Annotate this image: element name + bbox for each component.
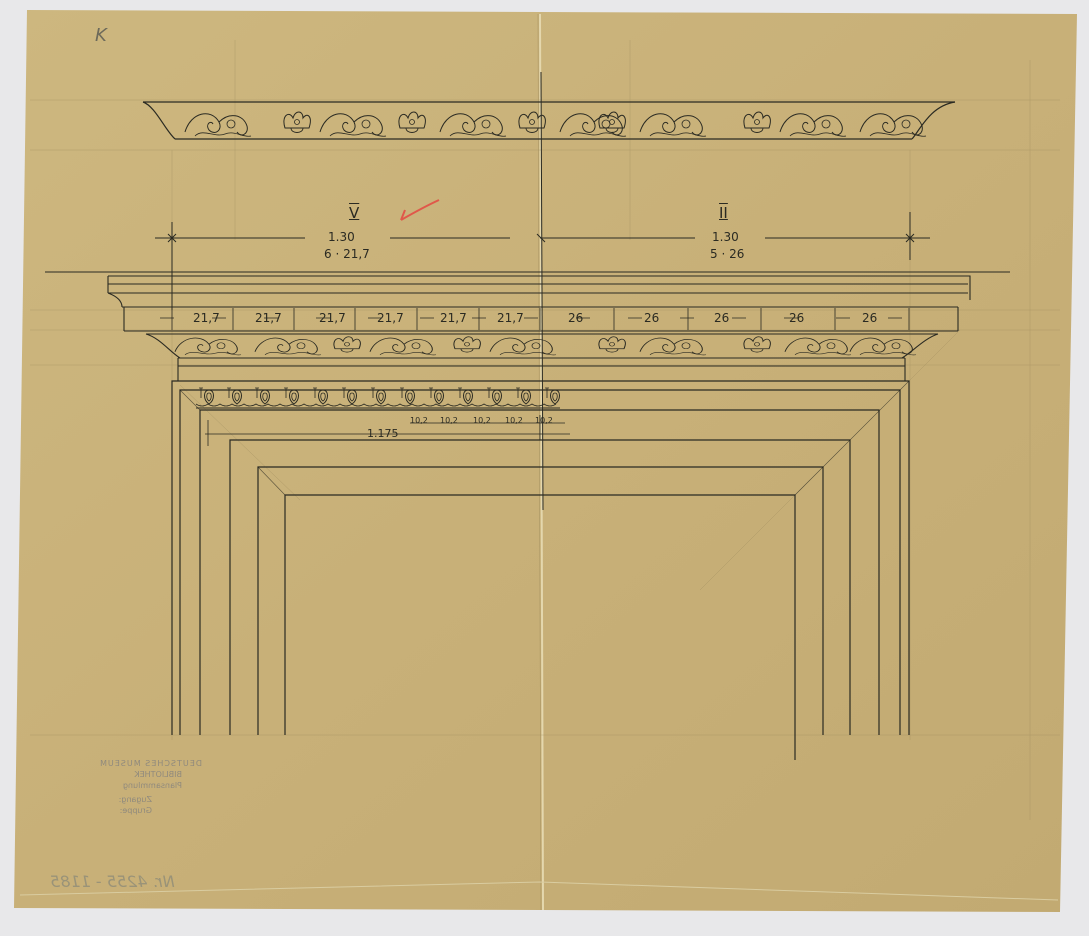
dim-4: 21,7 bbox=[377, 311, 404, 325]
stamp-line-3: Plansammlung bbox=[82, 780, 202, 791]
dim-3: 21,7 bbox=[319, 311, 346, 325]
dim-1: 21,7 bbox=[193, 311, 220, 325]
section-left-total: 1.30 bbox=[328, 230, 355, 244]
section-right-roman: II bbox=[719, 204, 728, 222]
egg-spacing-1: 10,2 bbox=[410, 416, 428, 425]
dim-7: 26 bbox=[568, 311, 583, 325]
stamp-line-1: DEUTSCHES MUSEUM bbox=[82, 758, 202, 769]
egg-spacing-4: 10,2 bbox=[505, 416, 523, 425]
inventory-number: Nr. 4255 - 1185 bbox=[50, 872, 175, 891]
dim-6: 21,7 bbox=[497, 311, 524, 325]
egg-spacing-2: 10,2 bbox=[440, 416, 458, 425]
stamp-line-4: Zugang: bbox=[82, 794, 202, 805]
stamp-line-2: BIBLIOTHEK bbox=[82, 769, 202, 780]
section-right-total: 1.30 bbox=[712, 230, 739, 244]
dim-8: 26 bbox=[644, 311, 659, 325]
stamp-line-5: Gruppe: bbox=[82, 805, 202, 816]
museum-stamp: DEUTSCHES MUSEUM BIBLIOTHEK Plansammlung… bbox=[82, 758, 202, 816]
egg-dart-span: 1.175 bbox=[367, 427, 399, 440]
dim-5: 21,7 bbox=[440, 311, 467, 325]
section-right-formula: 5 · 26 bbox=[710, 247, 744, 261]
egg-spacing-5: 10,2 bbox=[535, 416, 553, 425]
dim-10: 26 bbox=[789, 311, 804, 325]
section-left-formula: 6 · 21,7 bbox=[324, 247, 370, 261]
dim-9: 26 bbox=[714, 311, 729, 325]
corner-mark: K bbox=[95, 25, 107, 46]
dim-11: 26 bbox=[862, 311, 877, 325]
dim-2: 21,7 bbox=[255, 311, 282, 325]
egg-spacing-3: 10,2 bbox=[473, 416, 491, 425]
section-left-roman: V bbox=[349, 204, 359, 222]
